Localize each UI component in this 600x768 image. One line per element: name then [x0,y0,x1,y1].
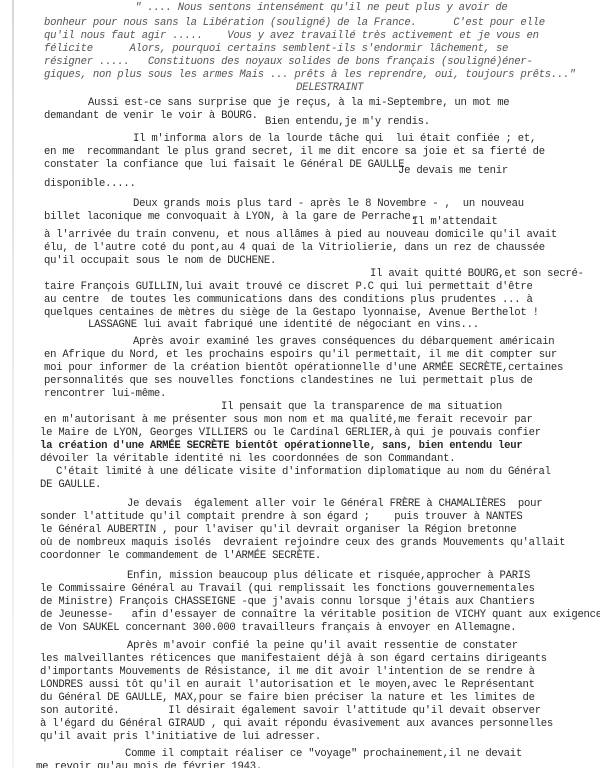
text-line: le Maire de LYON, Georges VILLIERS ou le… [40,427,541,439]
text-line: moi pour informer de la création bientôt… [44,362,563,374]
text-line: demandant de venir le voir à BOURG. [44,110,258,122]
text-line: Aussi est-ce sans surprise que je reçus,… [88,97,509,109]
text-line: Il avait quitté BOURG,et son secré- [370,268,584,280]
text-line: élu, de l'autre coté du pont,au 4 quai d… [44,242,545,254]
text-line: taire François GUILLIN,lui avait trouvé … [44,281,533,293]
text-line: de Von SAUKEL concernant 300.000 travail… [40,622,516,634]
text-line: Je devais me tenir [398,165,508,177]
text-line: Deux grands mois plus tard - après le 8 … [133,198,524,210]
quote-signature: DELESTRAINT [296,82,363,94]
quote-line: " .... Nous sentons intensément qu'il ne… [135,2,508,14]
text-line: me revoir qu'au mois de février 1943. [36,761,262,768]
text-line: Bien entendu,je m'y rendis. [265,116,430,128]
text-line: de Jeunesse- afin d'essayer de connaître… [40,609,600,621]
text-line: Après avoir examiné les graves conséquen… [133,336,554,348]
quote-line: résigner ..... Constituons des noyaux so… [44,56,533,68]
text-line: DE GAULLE. [40,479,101,491]
text-line: d'importants Mouvements de Résistance, i… [40,666,535,678]
typewritten-page: " .... Nous sentons intensément qu'il ne… [0,0,600,768]
text-line: Il m'informa alors de la lourde tâche qu… [133,133,536,145]
text-line: de Ministre) François CHASSEIGNE -que j'… [40,596,535,608]
text-line: au centre de toutes les communications d… [44,294,533,306]
quote-line: qu'il nous faut agir ..... Vous y avez t… [44,30,539,42]
text-line: coordonner le commandement de l'ARMÉE SE… [40,550,321,562]
text-line: qu'il occupait sous le nom de DUCHENE. [44,255,276,267]
text-line: LASSAGNE lui avait fabriqué une identité… [88,319,479,331]
text-line: personnalités que ses nouvelles fonction… [44,375,533,387]
quote-line: félicite Alors, pourquoi certains semble… [44,43,508,55]
text-line: C'était limité à une délicate visite d'i… [56,466,551,478]
text-line: qu'il avait pris l'initiative de lui adr… [40,731,321,743]
text-line: Comme il comptait réaliser ce "voyage" p… [125,748,522,760]
text-line: le Général AUBERTIN , pour l'aviser qu'i… [40,524,516,536]
text-line: à l'égard du Général GIRAUD , qui avait … [40,718,553,730]
text-line: le Commissaire Général au Travail (qui r… [40,583,535,595]
text-line: la création d'une ARMÉE SECRÈTE bientôt … [40,440,522,452]
text-line: Je devais également aller voir le Généra… [127,498,542,510]
quote-line: giques, non plus sous les armes Mais ...… [44,69,575,81]
text-line: son autorité. Il désirait également savo… [40,705,541,717]
text-line: Il m'attendait [412,216,498,228]
text-line: en m'autorisant à me présenter sous mon … [44,414,533,426]
quote-line: bonheur pour nous sans la Libération (so… [44,17,545,29]
text-line: disponible..... [44,178,136,190]
text-line: en Afrique du Nord, et les prochains esp… [44,349,557,361]
text-line: dévoiler la véritable identité ni les co… [40,453,455,465]
text-line: Il pensait que la transparence de ma sit… [221,401,502,413]
text-line: à l'arrivée du train convenu, et nous al… [44,229,557,241]
text-line: sonder l'attitude qu'il comptait prendre… [40,511,522,523]
text-line: constater la confiance que lui faisait l… [44,159,404,171]
text-line: les malveillantes réticences que manifes… [40,653,547,665]
text-line: Enfin, mission beaucoup plus délicate et… [127,570,530,582]
text-line: LONDRES aussi tôt qu'il en aurait l'auto… [40,679,535,691]
text-line: quelques centaines de mètres du siège de… [44,307,539,319]
text-line: du Général DE GAULLE, MAX,pour se faire … [40,692,535,704]
text-line: où de nombreux maquis isolés devraient r… [40,537,565,549]
page-margin-shadow [12,0,14,768]
text-line: en me recommandant le plus grand secret,… [44,146,545,158]
text-line: Après m'avoir confié la peine qu'il avai… [127,640,518,652]
text-line: billet laconique me convoquait à LYON, à… [44,211,417,223]
text-line: rencontrer lui-même. [44,388,166,400]
